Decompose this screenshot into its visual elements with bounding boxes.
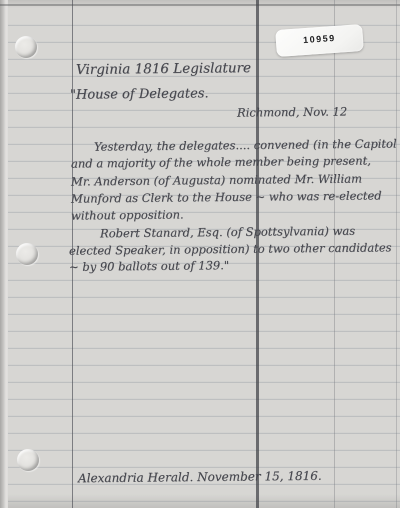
paper-top-edge bbox=[0, 4, 400, 6]
note-paragraph2-line: Robert Stanard, Esq. (of Spottsylvania) … bbox=[100, 224, 355, 241]
note-paragraph2-line: ~ by 90 ballots out of 139." bbox=[69, 258, 229, 274]
paper-right-edge bbox=[396, 0, 397, 508]
punch-hole-icon bbox=[15, 36, 37, 58]
punch-hole-icon bbox=[16, 243, 38, 265]
punch-hole-icon bbox=[17, 449, 39, 471]
note-heading-line-1: Virginia 1816 Legislature bbox=[76, 60, 251, 78]
source-citation: Alexandria Herald. November 15, 1816. bbox=[78, 469, 322, 486]
scanned-document: 10959 Virginia 1816 Legislature "House o… bbox=[0, 0, 400, 508]
catalog-number: 10959 bbox=[303, 32, 336, 44]
note-dateline: Richmond, Nov. 12 bbox=[237, 104, 347, 119]
note-heading-line-2: "House of Delegates. bbox=[70, 86, 209, 102]
note-paragraph1-line: without opposition. bbox=[71, 207, 184, 222]
